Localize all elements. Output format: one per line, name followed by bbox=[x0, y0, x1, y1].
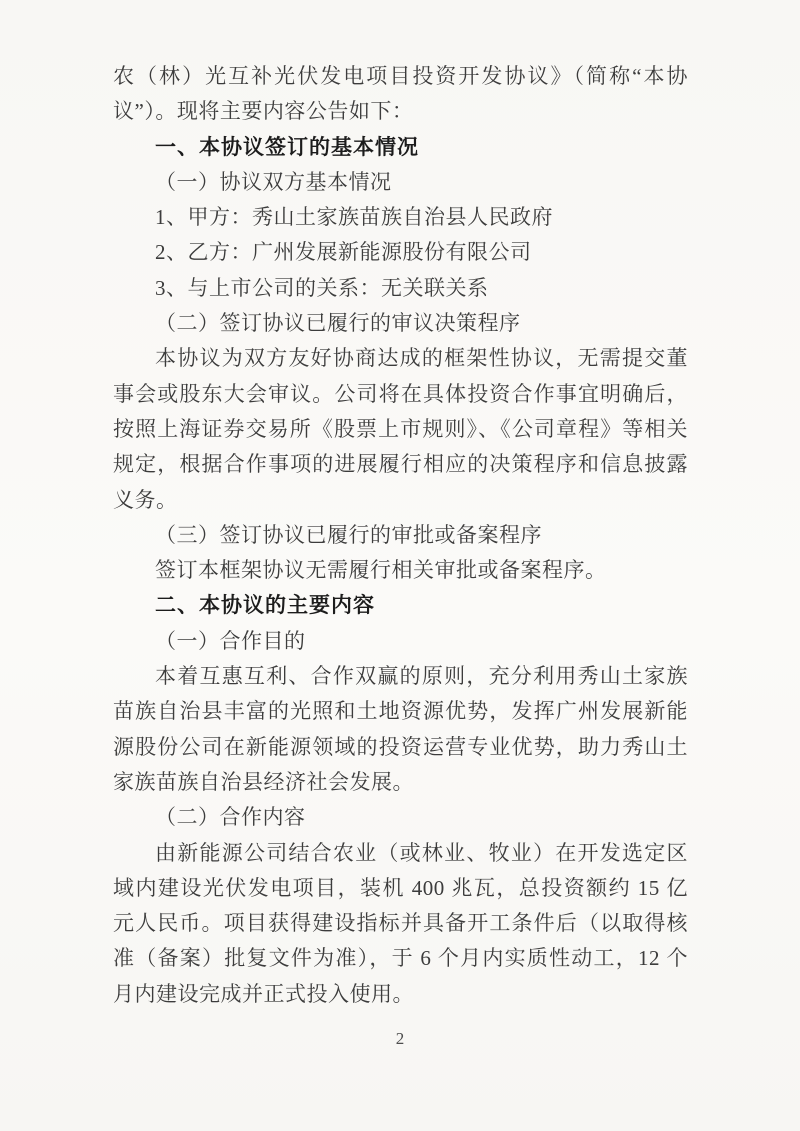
subsection-heading: （二）签订协议已履行的审议决策程序 bbox=[113, 306, 688, 341]
subsection-heading: （一）合作目的 bbox=[113, 624, 688, 659]
subsection-heading: （一）协议双方基本情况 bbox=[113, 165, 688, 200]
text-line: 事会或股东大会审议。公司将在具体投资合作事宜明确后， bbox=[113, 377, 688, 412]
text-line: 本协议为双方友好协商达成的框架性协议，无需提交董 bbox=[113, 341, 688, 376]
text-line: 本着互惠互利、合作双赢的原则，充分利用秀山土家族 bbox=[113, 659, 688, 694]
text-line: 家族苗族自治县经济社会发展。 bbox=[113, 765, 688, 800]
text-line: 签订本框架协议无需履行相关审批或备案程序。 bbox=[113, 553, 688, 588]
text-line: 月内建设完成并正式投入使用。 bbox=[113, 977, 688, 1012]
text-line: 议”）。现将主要内容公告如下： bbox=[113, 94, 688, 129]
text-line: 农（林）光互补光伏发电项目投资开发协议》（简称“本协 bbox=[113, 59, 688, 94]
text-line: 按照上海证券交易所《股票上市规则》、《公司章程》等相关 bbox=[113, 412, 688, 447]
text-line: 由新能源公司结合农业（或林业、牧业）在开发选定区 bbox=[113, 836, 688, 871]
text-line: 义务。 bbox=[113, 483, 688, 518]
section-heading-1: 一、本协议签订的基本情况 bbox=[113, 130, 688, 165]
text-line: 源股份公司在新能源领域的投资运营专业优势，助力秀山土 bbox=[113, 730, 688, 765]
document-page: 农（林）光互补光伏发电项目投资开发协议》（简称“本协 议”）。现将主要内容公告如… bbox=[0, 0, 800, 1131]
subsection-heading: （三）签订协议已履行的审批或备案程序 bbox=[113, 518, 688, 553]
subsection-heading: （二）合作内容 bbox=[113, 800, 688, 835]
text-line: 元人民币。项目获得建设指标并具备开工条件后（以取得核 bbox=[113, 906, 688, 941]
list-item: 3、与上市公司的关系：无关联关系 bbox=[113, 271, 688, 306]
list-item: 1、甲方：秀山土家族苗族自治县人民政府 bbox=[113, 200, 688, 235]
section-heading-2: 二、本协议的主要内容 bbox=[113, 588, 688, 623]
text-line: 域内建设光伏发电项目，装机 400 兆瓦，总投资额约 15 亿 bbox=[113, 871, 688, 906]
page-number: 2 bbox=[0, 1029, 800, 1049]
list-item: 2、乙方：广州发展新能源股份有限公司 bbox=[113, 235, 688, 270]
text-line: 苗族自治县丰富的光照和土地资源优势，发挥广州发展新能 bbox=[113, 694, 688, 729]
text-line: 规定，根据合作事项的进展履行相应的决策程序和信息披露 bbox=[113, 447, 688, 482]
text-line: 准（备案）批复文件为准），于 6 个月内实质性动工，12 个 bbox=[113, 941, 688, 976]
document-text-block: 农（林）光互补光伏发电项目投资开发协议》（简称“本协 议”）。现将主要内容公告如… bbox=[113, 59, 688, 1012]
